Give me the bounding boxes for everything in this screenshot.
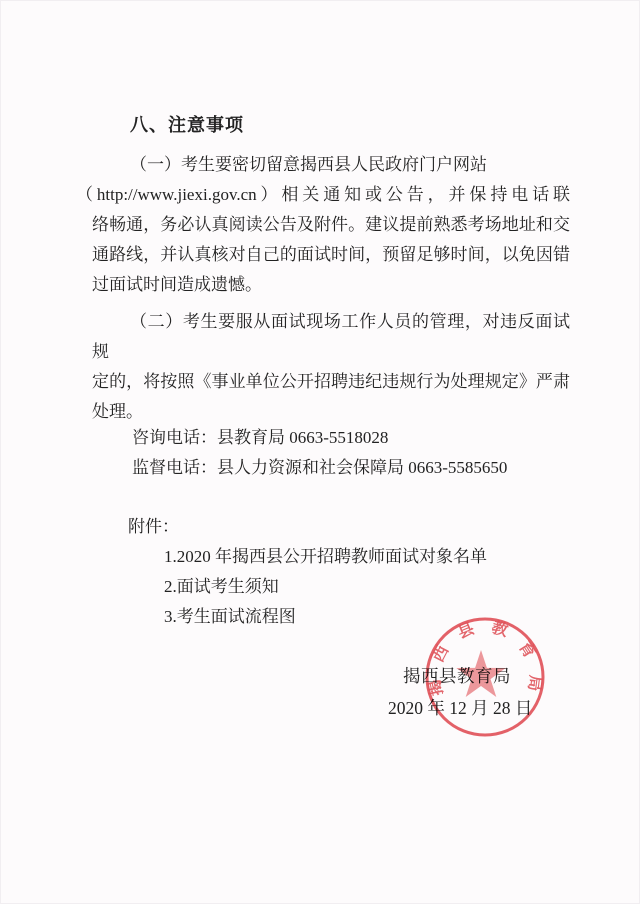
- body-line: （二）考生要服从面试现场工作人员的管理，对违反面试规: [92, 307, 570, 367]
- body-line: 过面试时间造成遗憾。: [92, 270, 570, 300]
- contact-block: 咨询电话：县教育局 0663-5518028 监督电话：县人力资源和社会保障局 …: [92, 423, 570, 483]
- section-heading: 八、注意事项: [92, 110, 570, 140]
- body-line: （http://www.jiexi.gov.cn）相关通知或公告，并保持电话联: [76, 180, 570, 210]
- body-line: 通路线，并认真核对自己的面试时间，预留足够时间，以免因错: [92, 240, 570, 270]
- attachments-label: 附件：: [92, 512, 570, 542]
- document-page: 八、注意事项 （一）考生要密切留意揭西县人民政府门户网站 （http://www…: [0, 0, 640, 904]
- body-line: 定的，将按照《事业单位公开招聘违纪违规行为处理规定》严肃: [92, 367, 570, 397]
- consult-phone-line: 咨询电话：县教育局 0663-5518028: [92, 423, 570, 453]
- body-line: （一）考生要密切留意揭西县人民政府门户网站: [92, 150, 570, 180]
- attachment-item: 1.2020 年揭西县公开招聘教师面试对象名单: [92, 542, 570, 572]
- seal-star-icon: [456, 650, 505, 697]
- supervise-phone-line: 监督电话：县人力资源和社会保障局 0663-5585650: [92, 453, 570, 483]
- paragraph-1: （一）考生要密切留意揭西县人民政府门户网站 （http://www.jiexi.…: [92, 150, 570, 300]
- document-body: 八、注意事项 （一）考生要密切留意揭西县人民政府门户网站 （http://www…: [92, 110, 570, 632]
- paragraph-2: （二）考生要服从面试现场工作人员的管理，对违反面试规 定的，将按照《事业单位公开…: [92, 307, 570, 427]
- body-line: 络畅通，务必认真阅读公告及附件。建议提前熟悉考场地址和交: [92, 210, 570, 240]
- attachment-item: 2.面试考生须知: [92, 572, 570, 602]
- official-seal: 揭西县教育局: [421, 613, 549, 741]
